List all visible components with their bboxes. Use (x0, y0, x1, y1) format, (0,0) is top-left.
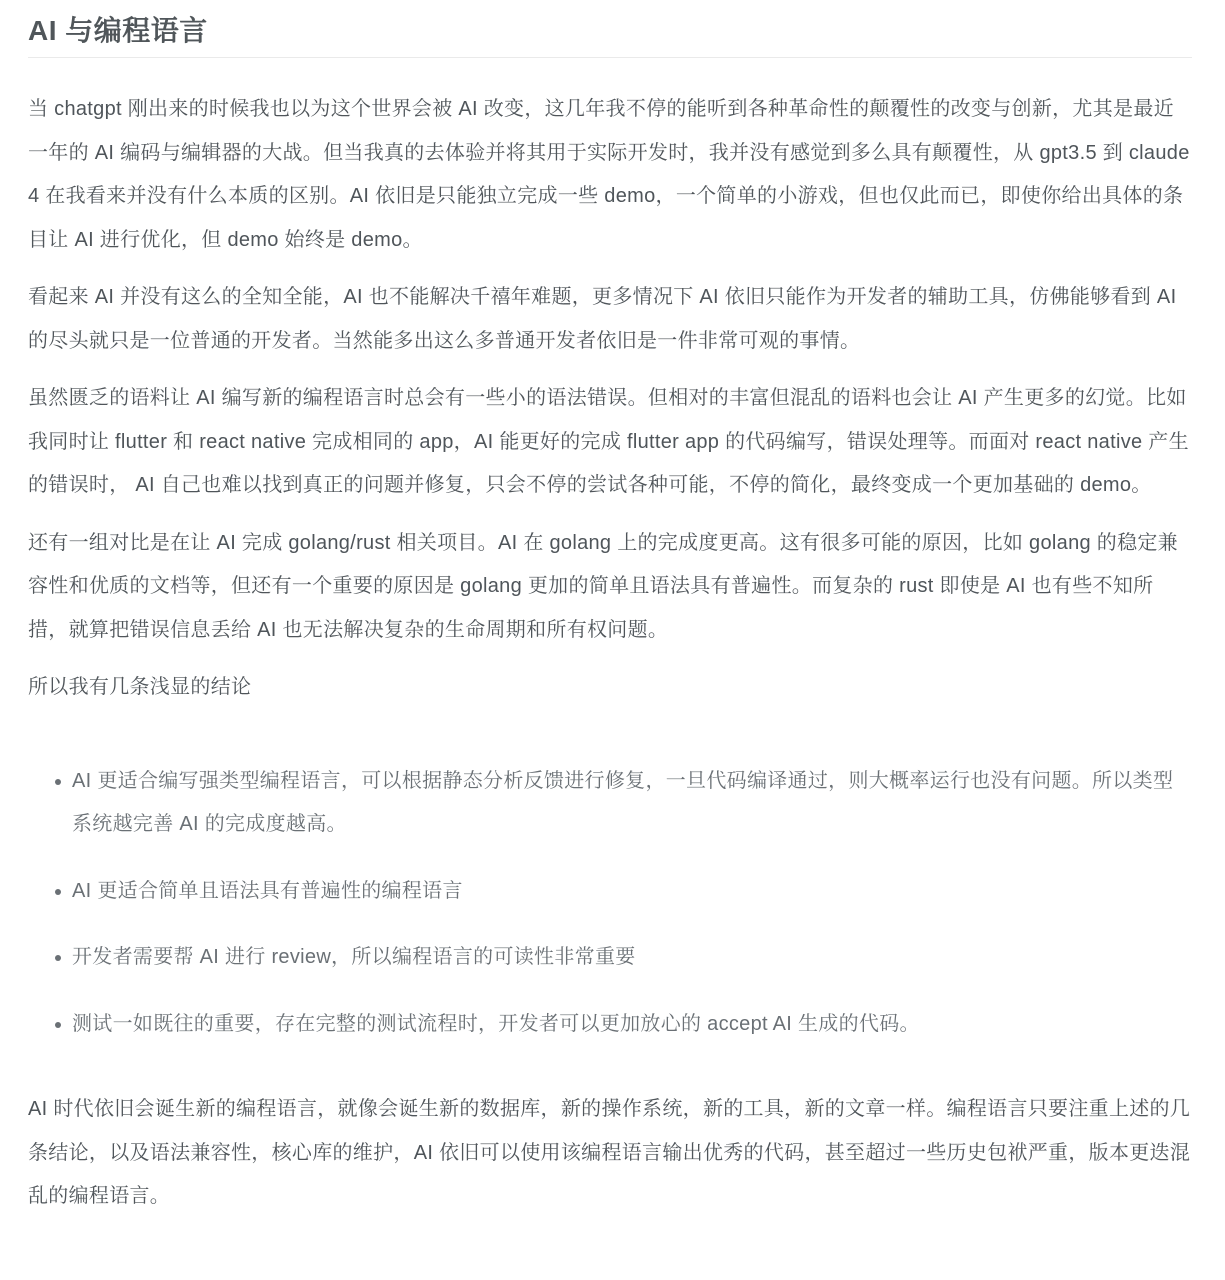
list-item-text: AI 更适合编写强类型编程语言，可以根据静态分析反馈进行修复，一旦代码编译通过，… (72, 770, 1173, 836)
bullet-icon (55, 889, 61, 895)
list-item: 测试一如既往的重要，存在完整的测试流程时，开发者可以更加放心的 accept A… (72, 1003, 1192, 1047)
paragraph-intro: 当 chatgpt 刚出来的时候我也以为这个世界会被 AI 改变，这几年我不停的… (28, 88, 1192, 262)
paragraph-golang-rust: 还有一组对比是在让 AI 完成 golang/rust 相关项目。AI 在 go… (28, 522, 1192, 653)
list-item: AI 更适合简单且语法具有普遍性的编程语言 (72, 870, 1192, 914)
list-item: 开发者需要帮 AI 进行 review，所以编程语言的可读性非常重要 (72, 936, 1192, 980)
paragraph-ai-limits: 看起来 AI 并没有这么的全知全能，AI 也不能解决千禧年难题，更多情况下 AI… (28, 276, 1192, 363)
paragraph-closing: AI 时代依旧会诞生新的编程语言，就像会诞生新的数据库，新的操作系统，新的工具，… (28, 1088, 1192, 1219)
list-item-text: 测试一如既往的重要，存在完整的测试流程时，开发者可以更加放心的 accept A… (72, 1013, 920, 1035)
paragraph-corpus: 虽然匮乏的语料让 AI 编写新的编程语言时总会有一些小的语法错误。但相对的丰富但… (28, 377, 1192, 508)
list-item-text: 开发者需要帮 AI 进行 review，所以编程语言的可读性非常重要 (72, 946, 636, 968)
conclusion-list: AI 更适合编写强类型编程语言，可以根据静态分析反馈进行修复，一旦代码编译通过，… (28, 760, 1192, 1047)
bullet-icon (55, 1022, 61, 1028)
bullet-icon (55, 779, 61, 785)
article-title: AI 与编程语言 (28, 0, 1192, 58)
list-item: AI 更适合编写强类型编程语言，可以根据静态分析反馈进行修复，一旦代码编译通过，… (72, 760, 1192, 847)
article: AI 与编程语言 当 chatgpt 刚出来的时候我也以为这个世界会被 AI 改… (0, 0, 1225, 1219)
bullet-icon (55, 955, 61, 961)
list-item-text: AI 更适合简单且语法具有普遍性的编程语言 (72, 880, 463, 902)
paragraph-conclusion-intro: 所以我有几条浅显的结论 (28, 666, 1192, 710)
